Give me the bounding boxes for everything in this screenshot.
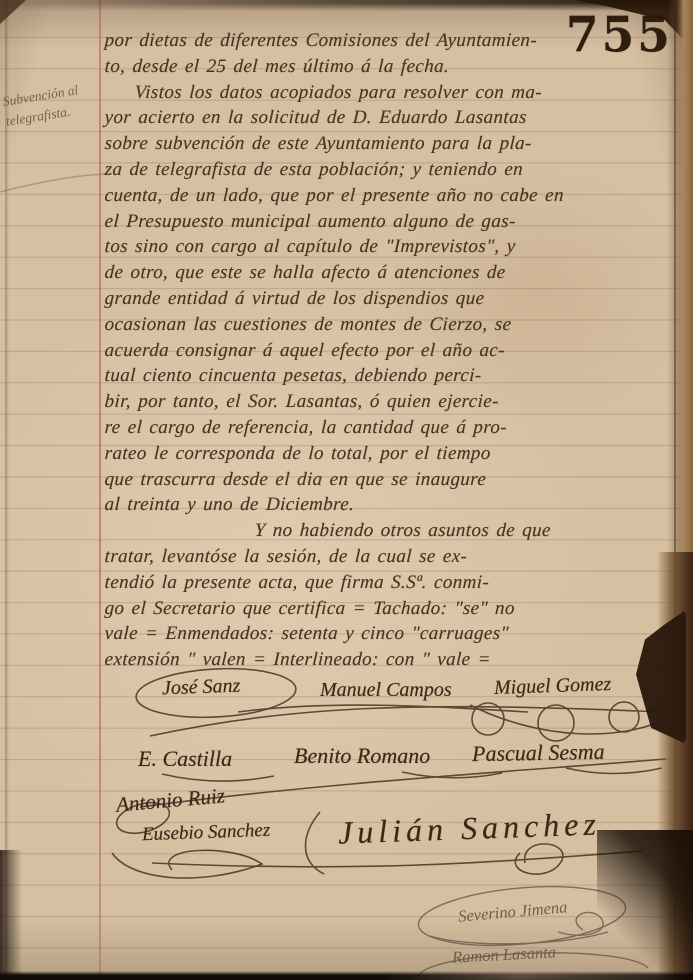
- signature: Benito Romano: [294, 743, 430, 769]
- page-number-stamp: 755: [566, 11, 673, 60]
- manuscript-line: ocasionan las cuestiones de montes de Ci…: [104, 312, 680, 338]
- manuscript-line: Y no habiendo otros asuntos de que: [104, 518, 680, 544]
- manuscript-line: bir, por tanto, el Sor. Lasantas, ó quie…: [104, 389, 680, 415]
- manuscript-line: grande entidad á virtud de los dispendio…: [104, 286, 680, 312]
- manuscript-line: tual ciento cincuenta pesetas, debiendo …: [104, 363, 680, 389]
- manuscript-line: re el cargo de referencia, la cantidad q…: [104, 415, 680, 441]
- manuscript-line: que trascurra desde el dia en que se ina…: [104, 467, 680, 493]
- manuscript-line: el Presupuesto municipal aumento alguno …: [104, 209, 680, 235]
- signature: Miguel Gomez: [494, 673, 612, 700]
- manuscript-line: al treinta y uno de Diciembre.: [104, 492, 680, 518]
- manuscript-line: yor acierto en la solicitud de D. Eduard…: [104, 105, 680, 131]
- manuscript-line: rateo le corresponda de lo total, por el…: [104, 441, 680, 467]
- manuscript-line: de otro, que este se halla afecto á aten…: [104, 260, 680, 286]
- manuscript-line: tos sino con cargo al capítulo de "Impre…: [104, 234, 680, 260]
- manuscript-line: tratar, levantóse la sesión, de la cual …: [104, 544, 680, 570]
- signature: Manuel Campos: [320, 679, 452, 702]
- manuscript-line: go el Secretario que certifica = Tachado…: [104, 596, 680, 622]
- manuscript-page: 755 Subvención al telegrafista. por diet…: [0, 0, 693, 980]
- signature: Pascual Sesma: [472, 739, 605, 767]
- manuscript-line: acuerda consignar á aquel efecto por el …: [104, 338, 680, 364]
- red-margin-line: [99, 0, 101, 980]
- signature: E. Castilla: [138, 746, 232, 772]
- manuscript-line: za de telegrafista de esta población; y …: [104, 157, 680, 183]
- manuscript-line: cuenta, de un lado, que por el presente …: [104, 183, 680, 209]
- signature: José Sanz: [162, 675, 241, 701]
- signature: Eusebio Sanchez: [142, 820, 271, 846]
- manuscript-line: extensión " valen = Interlineado: con " …: [104, 647, 680, 673]
- manuscript-line: sobre subvención de este Ayuntamiento pa…: [104, 131, 680, 157]
- manuscript-line: tendió la presente acta, que firma S.Sª.…: [104, 570, 680, 596]
- manuscript-body: por dietas de diferentes Comisiones del …: [104, 28, 679, 673]
- manuscript-line: Vistos los datos acopiados para resolver…: [104, 80, 680, 106]
- manuscript-line: vale = Enmendados: setenta y cinco "carr…: [104, 621, 680, 647]
- left-crease: [5, 0, 9, 980]
